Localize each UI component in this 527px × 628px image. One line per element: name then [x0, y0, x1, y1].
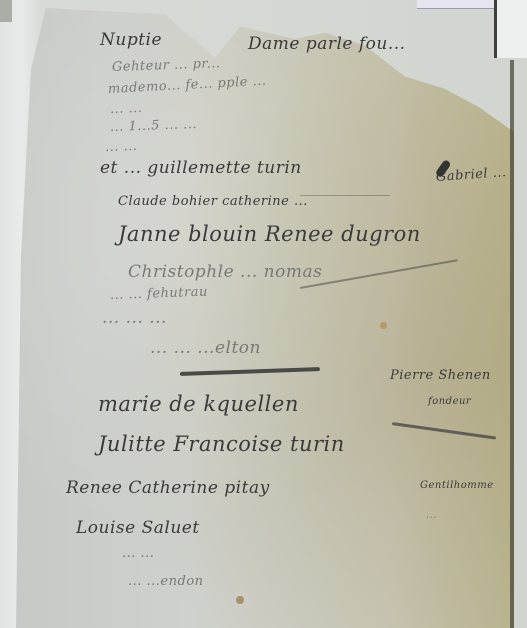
margin-signature: Gentilhomme — [420, 480, 494, 491]
margin-signature: fondeur — [428, 396, 471, 407]
handwritten-line: ... ... — [105, 139, 138, 155]
handwritten-line: et ... guillemette turin — [100, 158, 302, 178]
handwritten-line: Dame parle fou... — [248, 34, 406, 54]
handwritten-line: Nuptie — [100, 30, 162, 50]
handwritten-line: ... ... — [122, 546, 154, 561]
handwritten-line: ... ... ... — [102, 308, 167, 328]
handwritten-line: Renee Catherine pitay — [66, 478, 270, 498]
handwritten-line: Janne blouin Renee dugron — [118, 222, 421, 246]
ink-underline — [300, 195, 390, 196]
handwritten-line: ... 1...5 ... ... — [110, 117, 198, 135]
corner-mark — [0, 0, 12, 22]
handwritten-line: Julitte Francoise turin — [98, 432, 345, 456]
handwritten-line: ... ...endon — [128, 574, 204, 589]
handwritten-line: ... ... — [110, 101, 143, 117]
ink-stain — [380, 322, 387, 329]
ink-stain — [236, 596, 244, 604]
right-frame — [494, 0, 527, 58]
handwritten-line: ... ... ...elton — [150, 338, 261, 358]
handwritten-line: marie de kquellen — [98, 392, 299, 416]
handwritten-line: Christophle ... nomas — [128, 262, 322, 282]
handwritten-line: Louise Saluet — [76, 518, 200, 538]
binding-edge — [510, 60, 514, 628]
margin-signature: Pierre Shenen — [390, 368, 491, 383]
margin-signature: ... — [426, 510, 437, 521]
handwritten-line: Claude bohier catherine ... — [118, 194, 308, 209]
